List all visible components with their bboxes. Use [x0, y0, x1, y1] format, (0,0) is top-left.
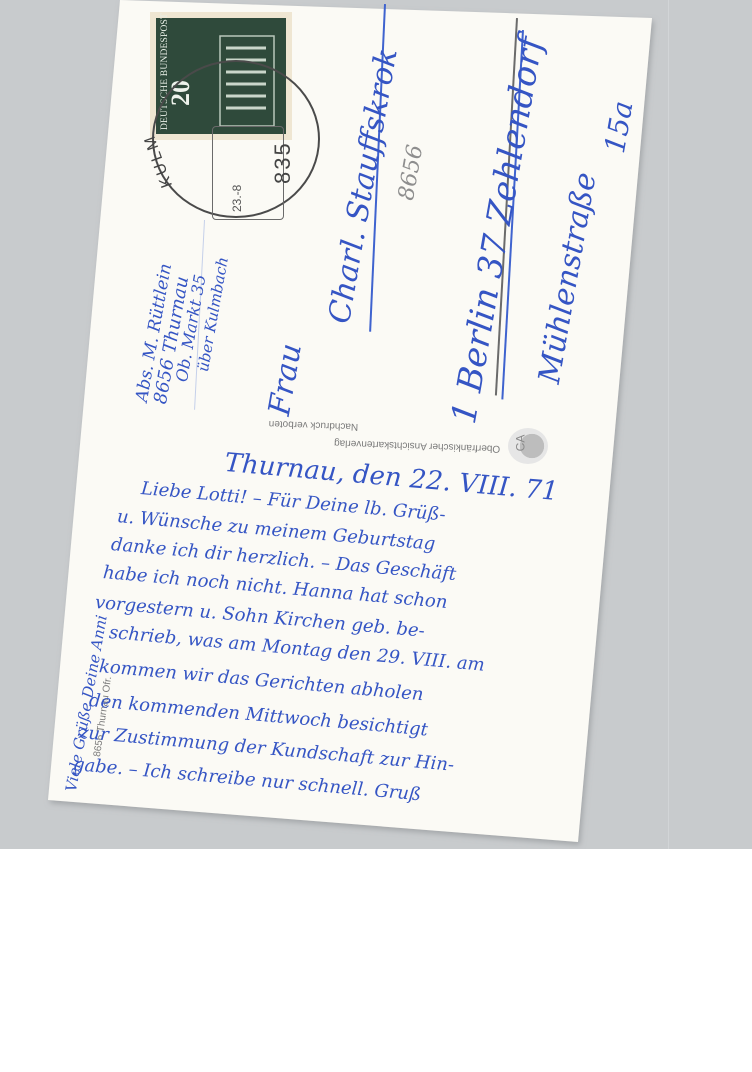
postmark-postcode: 835: [270, 141, 296, 184]
postmark: KULM 23.-8 835: [152, 60, 320, 218]
logo-text: CA: [513, 435, 527, 452]
postmark-date: 23.-8: [230, 185, 244, 212]
publisher-logo: CA: [508, 428, 548, 464]
